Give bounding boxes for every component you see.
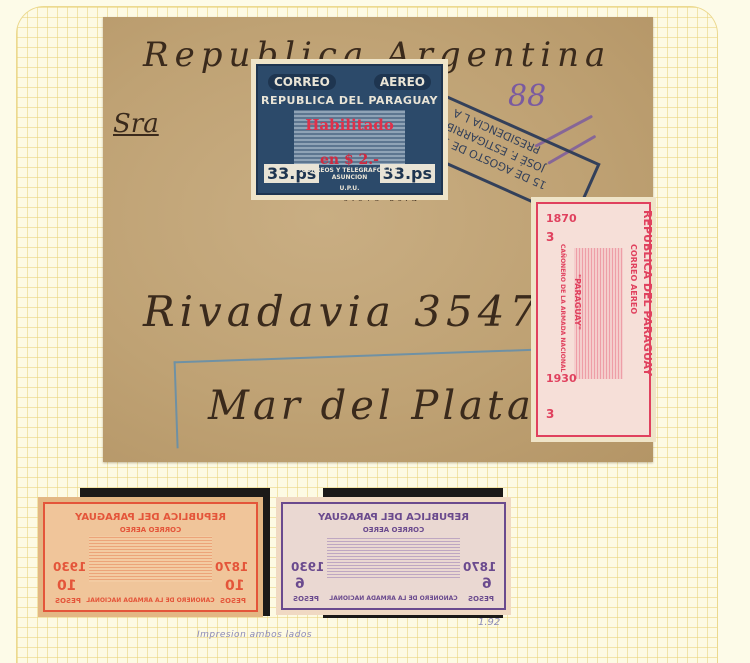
stamp-blue-airmail: CORREO AEREO REPUBLICA DEL PARAGUAY Habi…: [251, 59, 448, 200]
gunboat-image: [327, 536, 460, 580]
year-left: 1930: [291, 560, 324, 574]
stamp-value: 6: [482, 576, 492, 592]
stamp-label-aereo: AEREO: [374, 74, 431, 90]
stamp-value: 6: [295, 576, 305, 592]
stamp-design: REPUBLICA DEL PARAGUAY CORREO AEREO "PAR…: [536, 202, 651, 437]
pencil-price: 1.92: [478, 617, 500, 628]
navy-text: CAÑONERO DE LA ARMADA NACIONAL: [283, 595, 504, 602]
envelope: Republica Argentina Sra Elsa Orolo Rivad…: [103, 17, 653, 462]
stamp-orange-gunboat: REPUBLICA DEL PARAGUAY CORREO AEREO 1930…: [38, 497, 263, 617]
navy-text: CAÑONERO DE LA ARMADA NACIONAL: [45, 597, 256, 604]
handwritten-salutation: Sra: [113, 109, 159, 139]
stamp-value: 3: [546, 230, 554, 244]
ship-name: "PARAGUAY": [573, 274, 582, 330]
stamp-red-gunboat: REPUBLICA DEL PARAGUAY CORREO AEREO "PAR…: [531, 197, 656, 442]
stamp-subtitle: CORREO AEREO: [45, 526, 256, 534]
stamp-country: REPUBLICA DEL PARAGUAY: [258, 94, 441, 107]
stamp-label-correo: CORREO: [268, 74, 336, 90]
year-left: 1930: [53, 560, 86, 574]
handwritten-street: Rivadavia 3547: [143, 287, 541, 336]
stamp-design: REPUBLICA DEL PARAGUAY CORREO AEREO 1930…: [43, 502, 258, 612]
stamp-violet-gunboat: REPUBLICA DEL PARAGUAY CORREO AEREO 1930…: [276, 497, 511, 615]
stamp-value: 10: [57, 578, 76, 594]
stamp-subtitle: CORREO AEREO: [283, 526, 504, 534]
navy-text: CAÑONERO DE LA ARMADA NACIONAL: [559, 244, 566, 372]
stamp-value: 3: [546, 407, 554, 421]
stamp-country: REPUBLICA DEL PARAGUAY: [45, 512, 256, 523]
stamp-footer: U.P.U.: [258, 185, 441, 192]
stamp-subtitle: CORREO AEREO: [629, 244, 638, 314]
year-right: 1930: [546, 372, 577, 385]
stamp-country: REPUBLICA DEL PARAGUAY: [641, 210, 654, 376]
pencil-caption: Impresion ambos lados: [197, 630, 312, 640]
stamp-country: REPUBLICA DEL PARAGUAY: [283, 512, 504, 523]
year-right: 1870: [463, 560, 496, 574]
year-right: 1870: [215, 560, 248, 574]
stamp-value: 10: [225, 578, 244, 594]
overprint-habilitado: Habilitado: [258, 116, 441, 134]
gunboat-image: [89, 536, 212, 582]
stamp-bottom-text: CORREOS Y TELEGRAFOS DE ASUNCION: [288, 167, 411, 181]
stamp-design: REPUBLICA DEL PARAGUAY CORREO AEREO 1930…: [281, 502, 506, 610]
year-left: 1870: [546, 212, 577, 225]
stamp-design: CORREO AEREO REPUBLICA DEL PARAGUAY Habi…: [256, 64, 443, 195]
handwritten-city: Mar del Plata: [208, 383, 535, 429]
pencil-number: 88: [508, 79, 546, 114]
